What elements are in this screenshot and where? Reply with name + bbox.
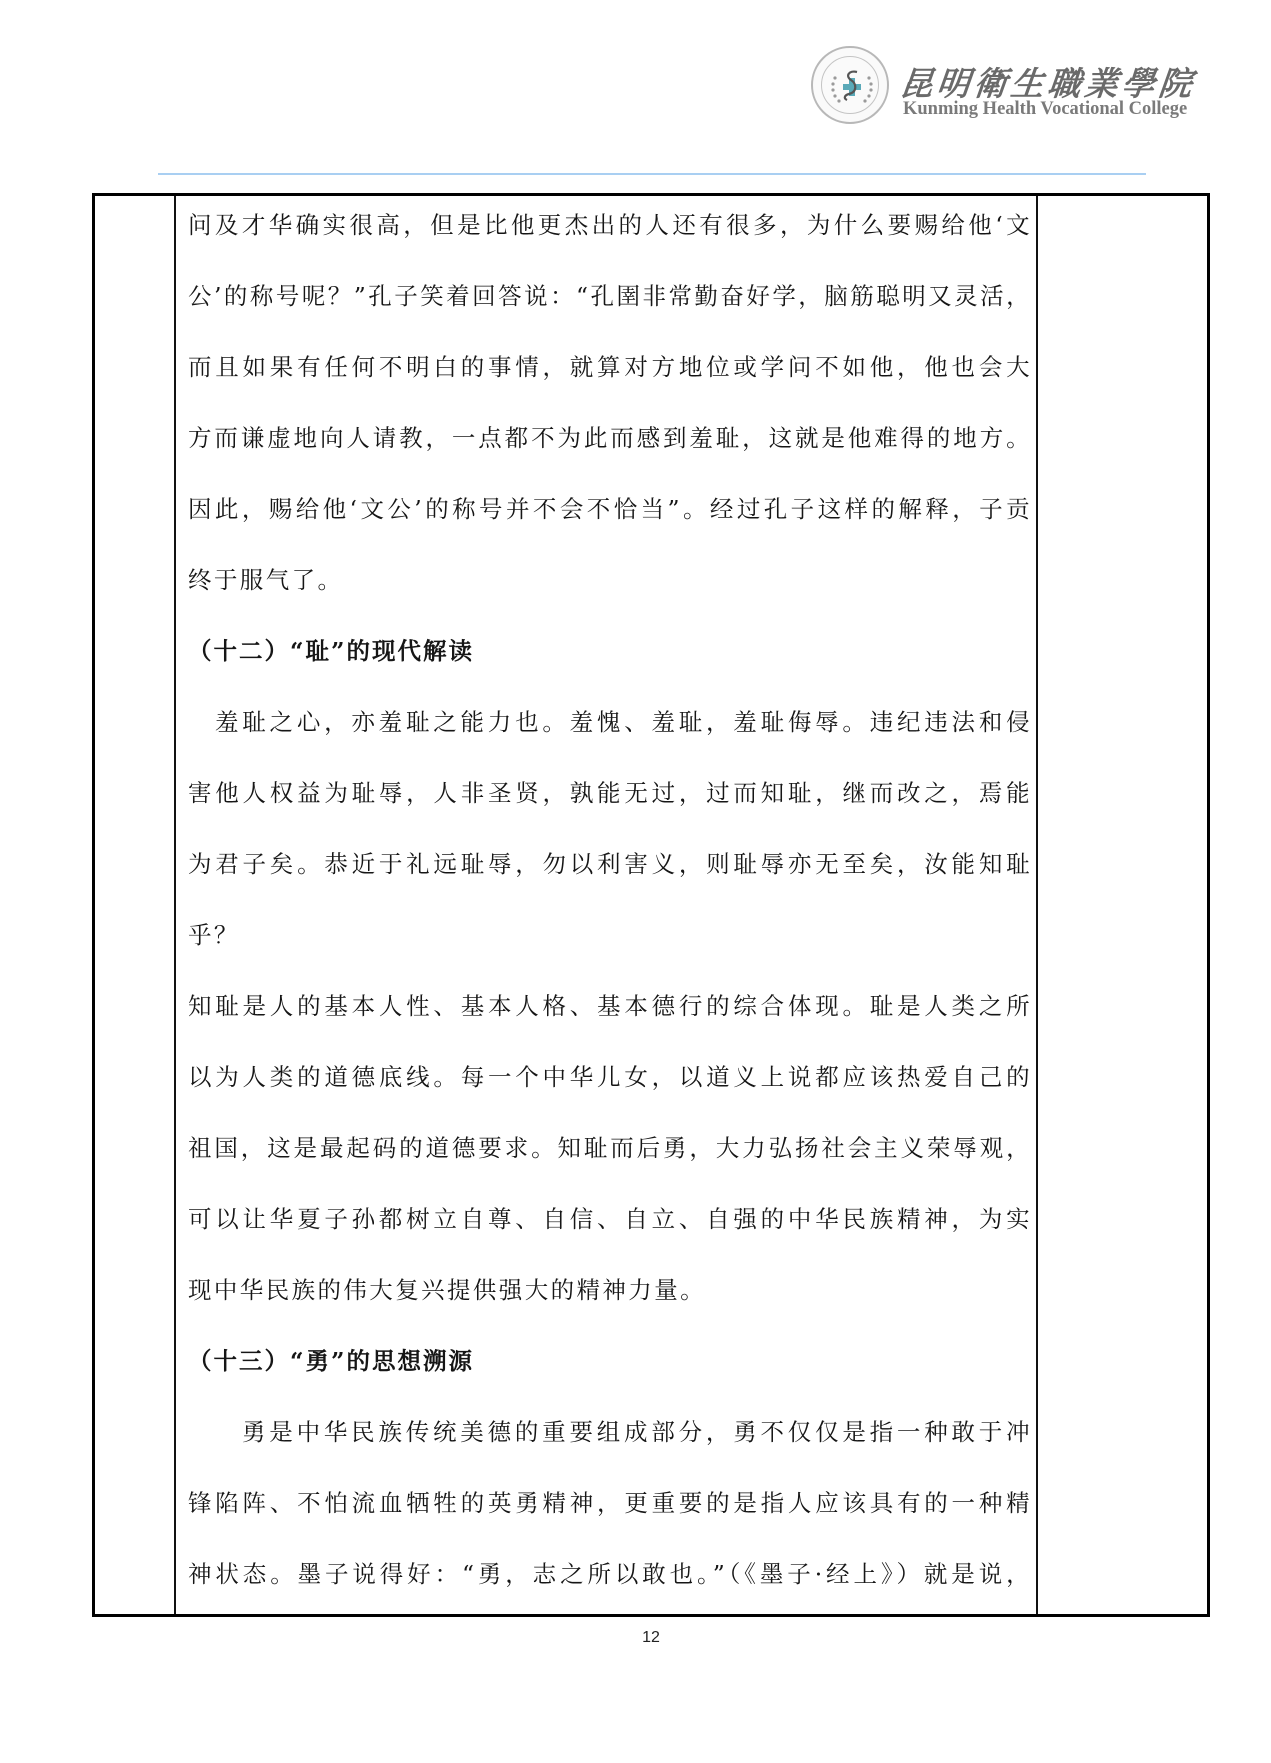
- text-line: 乎？: [188, 920, 1032, 950]
- text-line: 公’的称号呢？”孔子笑着回答说：“孔圉非常勤奋好学，脑筋聪明又灵活，: [188, 281, 1032, 311]
- page-number: 12: [611, 1629, 691, 1647]
- text-line: 知耻是人的基本人性、基本人格、基本德行的综合体现。耻是人类之所: [188, 991, 1032, 1021]
- text-line: 而且如果有任何不明白的事情，就算对方地位或学问不如他，他也会大: [188, 352, 1032, 382]
- text-line: 现中华民族的伟大复兴提供强大的精神力量。: [188, 1275, 1032, 1305]
- text-line: 可以让华夏子孙都树立自尊、自信、自立、自强的中华民族精神，为实: [188, 1204, 1032, 1234]
- text-line: 终于服气了。: [188, 565, 1032, 595]
- text-line: 羞耻之心，亦羞耻之能力也。羞愧、羞耻，羞耻侮辱。违纪违法和侵: [215, 707, 1032, 737]
- table-right-column: [1036, 196, 1207, 1614]
- text-line: 方而谦虚地向人请教，一点都不为此而感到羞耻，这就是他难得的地方。: [188, 423, 1032, 453]
- section-heading-12: （十二）“耻”的现代解读: [188, 636, 1032, 666]
- text-line: 为君子矣。恭近于礼远耻辱，勿以利害义，则耻辱亦无至矣，汝能知耻: [188, 849, 1032, 879]
- college-seal-icon: [811, 46, 889, 124]
- text-line: 勇是中华民族传统美德的重要组成部分，勇不仅仅是指一种敢于冲: [242, 1417, 1032, 1447]
- text-line: 神状态。墨子说得好：“勇，志之所以敢也。”（《墨子·经上》）就是说，: [188, 1559, 1032, 1589]
- content-table: 问及才华确实很高，但是比他更杰出的人还有很多，为什么要赐给他‘文 公’的称号呢？…: [92, 193, 1210, 1617]
- seal-emblem-icon: [813, 48, 891, 126]
- text-line: 以为人类的道德底线。每一个中华儿女，以道义上说都应该热爱自己的: [188, 1062, 1032, 1092]
- table-left-column: [95, 196, 176, 1614]
- college-name-english: Kunming Health Vocational College: [903, 99, 1187, 120]
- text-line: 因此，赐给他‘文公’的称号并不会不恰当”。经过孔子这样的解释，子贡: [188, 494, 1032, 524]
- college-name-chinese: 昆明衛生職業學院: [898, 58, 1203, 105]
- header-divider: [158, 173, 1146, 175]
- text-line: 锋陷阵、不怕流血牺牲的英勇精神，更重要的是指人应该具有的一种精: [188, 1488, 1032, 1518]
- text-line: 害他人权益为耻辱，人非圣贤，孰能无过，过而知耻，继而改之，焉能: [188, 778, 1032, 808]
- page-header: 昆明衛生職業學院 Kunming Health Vocational Colle…: [0, 0, 1271, 180]
- section-heading-13: （十三）“勇”的思想溯源: [188, 1346, 1032, 1376]
- table-main-column: 问及才华确实很高，但是比他更杰出的人还有很多，为什么要赐给他‘文 公’的称号呢？…: [176, 196, 1041, 1614]
- text-line: 问及才华确实很高，但是比他更杰出的人还有很多，为什么要赐给他‘文: [188, 210, 1032, 240]
- text-line: 祖国，这是最起码的道德要求。知耻而后勇，大力弘扬社会主义荣辱观，: [188, 1133, 1032, 1163]
